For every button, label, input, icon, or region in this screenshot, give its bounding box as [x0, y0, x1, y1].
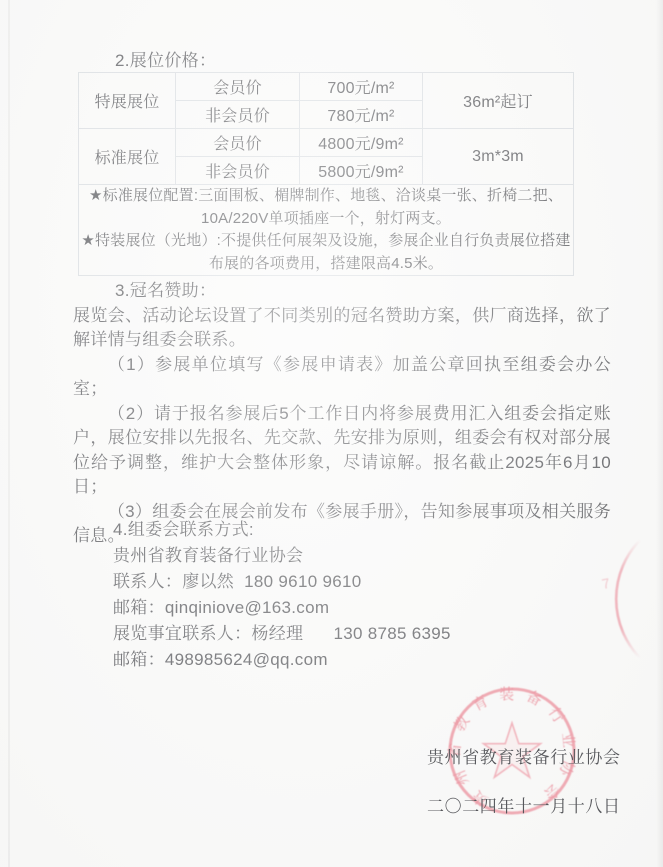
- section-heading-contact: 4.组委会联系方式:: [113, 517, 451, 543]
- contact-email: 邮箱：qinqiniove@163.com: [113, 595, 451, 621]
- footnotes-cell: ★标准展位配置:三面围板、楣牌制作、地毯、洽谈桌一张、折椅二把、10A/220V…: [79, 185, 574, 276]
- sponsorship-item-2: （2）请于报名参展后5个工作日内将参展费用汇入组委会指定账户，展位安排以先报名、…: [73, 402, 611, 500]
- scan-edge-line: [8, 0, 10, 867]
- edge-stamp-fragment: 7: [598, 538, 663, 663]
- table-row: 标准展位 会员价 4800元/9m² 3m*3m: [79, 129, 574, 157]
- edge-stamp-arc: [616, 540, 640, 658]
- sponsorship-section: 3.冠名赞助： 展览会、活动论坛设置了不同类别的冠名赞助方案，供厂商选择，欲了解…: [73, 279, 611, 549]
- contact-section: 4.组委会联系方式: 贵州省教育装备行业协会 联系人：廖以然 180 9610 …: [113, 517, 451, 673]
- sponsorship-intro: 展览会、活动论坛设置了不同类别的冠名赞助方案，供厂商选择，欲了解详情与组委会联系…: [73, 304, 611, 353]
- tier-cell: 会员价: [176, 73, 300, 101]
- note-cell: 36m²起订: [423, 73, 574, 129]
- tier-cell: 非会员价: [176, 101, 300, 129]
- contact-expo-person: 展览事宜联系人：杨经理 130 8785 6395: [113, 621, 451, 647]
- price-cell: 780元/m²: [300, 101, 423, 129]
- tier-cell: 非会员价: [176, 157, 300, 185]
- tier-cell: 会员价: [176, 129, 300, 157]
- price-cell: 4800元/9m²: [300, 129, 423, 157]
- note-cell: 3m*3m: [423, 129, 574, 185]
- price-cell: 700元/m²: [300, 73, 423, 101]
- price-cell: 5800元/9m²: [300, 157, 423, 185]
- booth-type-cell: 特展展位: [79, 73, 176, 129]
- table-row-footnotes: ★标准展位配置:三面围板、楣牌制作、地毯、洽谈桌一张、折椅二把、10A/220V…: [79, 185, 574, 276]
- booth-price-table: 特展展位 会员价 700元/m² 36m²起订 非会员价 780元/m² 标准展…: [78, 72, 574, 276]
- sponsorship-item-1: （1）参展单位填写《参展申请表》加盖公章回执至组委会办公室；: [73, 353, 611, 402]
- section-heading-sponsorship: 3.冠名赞助：: [73, 279, 611, 304]
- document-date: 二〇二四年十一月十八日: [427, 792, 621, 817]
- footnote-raw-space-booth: ★特装展位（光地）:不提供任何展架及设施，参展企业自行负责展位搭建布展的各项费用…: [79, 230, 573, 275]
- contact-org: 贵州省教育装备行业协会: [113, 543, 451, 569]
- section-heading-booth-price: 2.展位价格：: [115, 46, 216, 71]
- edge-stamp-mark: 7: [600, 575, 611, 592]
- signature-org: 贵州省教育装备行业协会: [427, 743, 621, 768]
- footnote-standard-booth: ★标准展位配置:三面围板、楣牌制作、地毯、洽谈桌一张、折椅二把、10A/220V…: [79, 185, 573, 230]
- contact-person: 联系人：廖以然 180 9610 9610: [113, 569, 451, 595]
- booth-type-cell: 标准展位: [79, 129, 176, 185]
- table-row: 特展展位 会员价 700元/m² 36m²起订: [79, 73, 574, 101]
- contact-expo-email: 邮箱：498985624@qq.com: [113, 647, 451, 673]
- scan-edge-shadow: [656, 0, 663, 867]
